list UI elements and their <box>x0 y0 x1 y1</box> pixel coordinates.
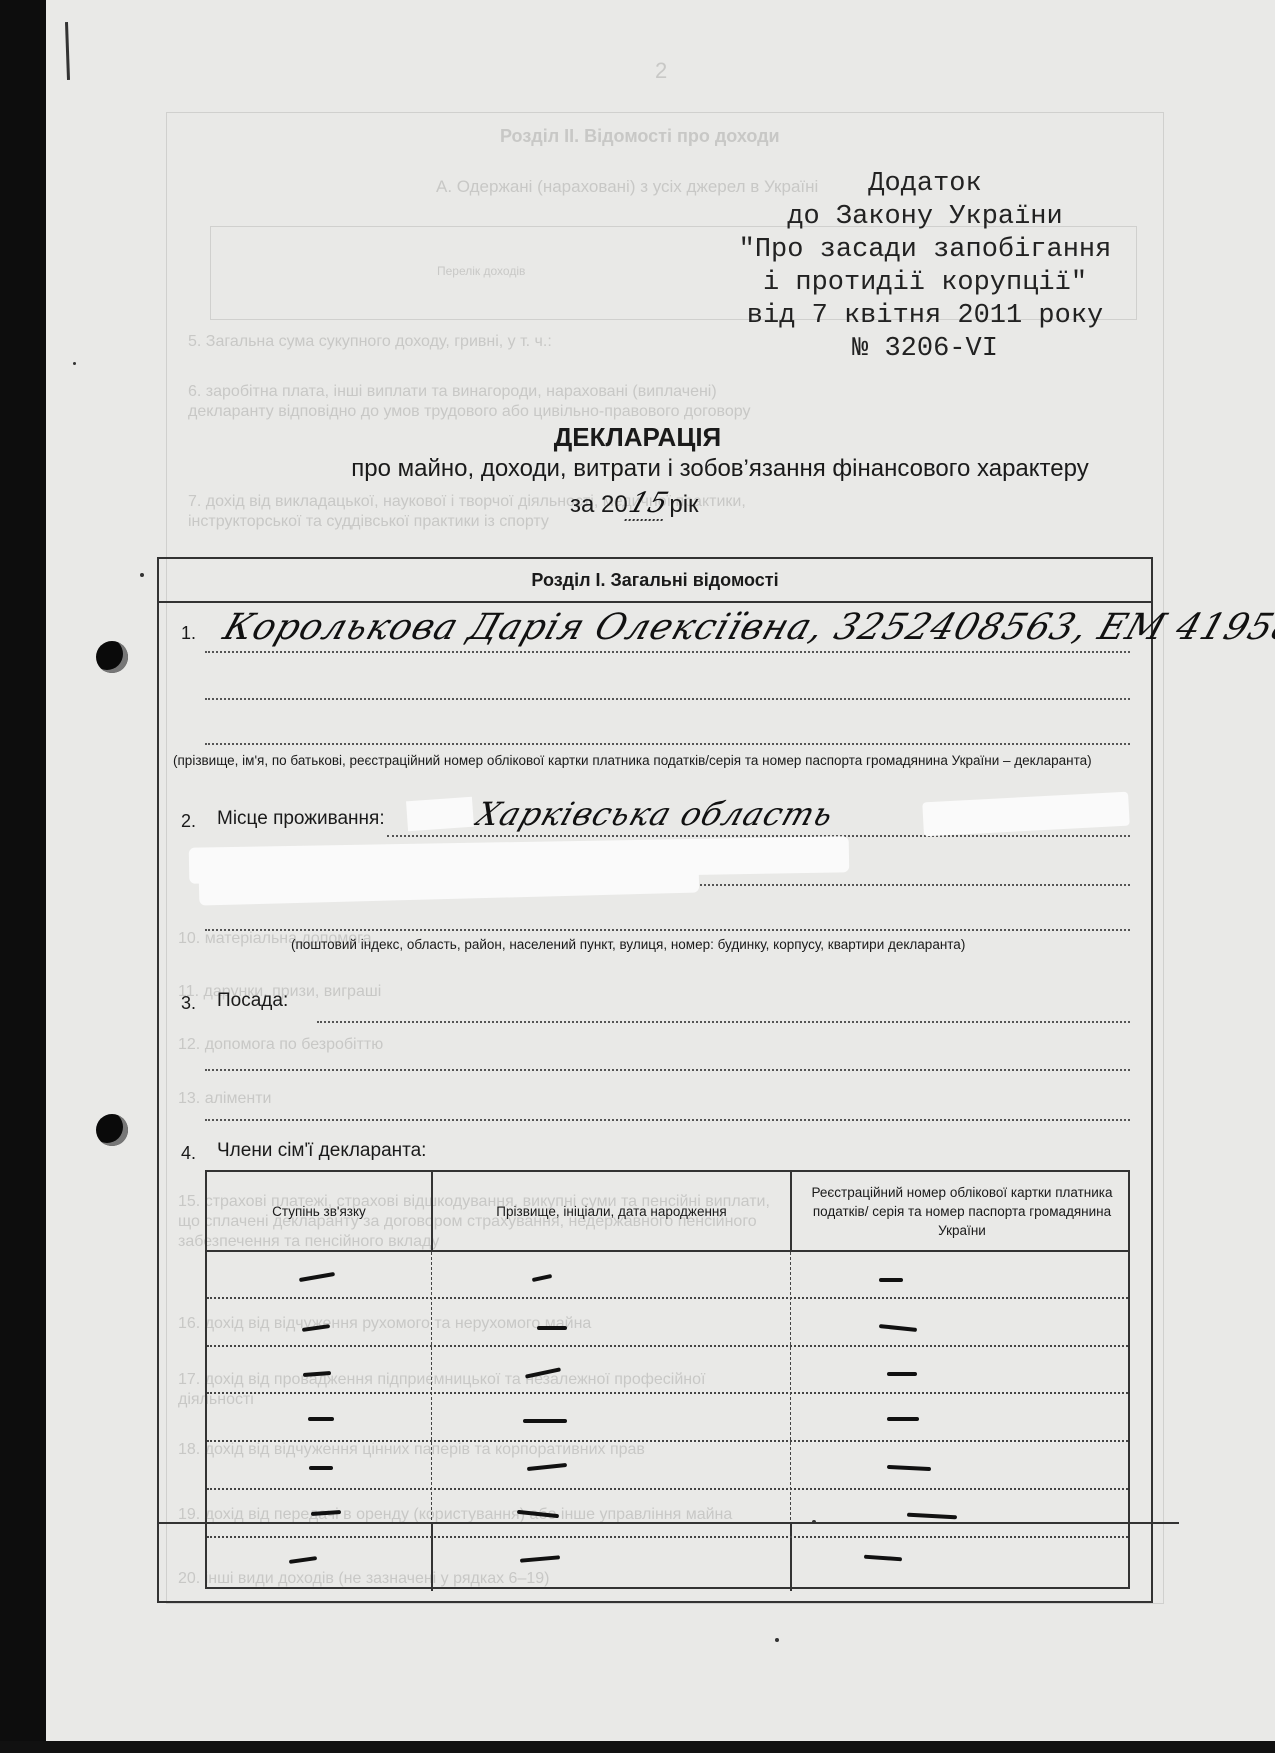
item-2-line <box>205 929 1130 931</box>
table-cell-dash <box>537 1326 567 1330</box>
section-general-info: Розділ І. Загальні відомості 1. Королько… <box>157 557 1153 1603</box>
scanner-edge-bottom <box>0 1741 1275 1753</box>
declaration-subtitle: про майно, доходи, витрати і зобов’язанн… <box>220 455 1220 483</box>
item-3-number: 3. <box>181 993 196 1014</box>
table-cell-dash <box>289 1556 317 1564</box>
table-header-rule <box>207 1250 1128 1252</box>
item-4-number: 4. <box>181 1143 196 1164</box>
table-cell-dash <box>527 1463 567 1471</box>
item-1-line <box>205 651 1130 653</box>
table-cell-dash <box>303 1371 331 1377</box>
appendix-line: "Про засади запобігання <box>700 234 1150 267</box>
column-header-name-dob: Прізвище, ініціали, дата народження <box>433 1172 790 1250</box>
table-row-rule <box>207 1440 1128 1442</box>
punch-hole-top <box>96 641 128 673</box>
table-cell-dash <box>299 1272 335 1282</box>
item-1-caption: (прізвище, ім'я, по батькові, реєстрацій… <box>173 753 1092 768</box>
table-cell-dash <box>525 1367 561 1378</box>
year-prefix: за 20 <box>570 491 628 518</box>
punch-hole-bottom <box>96 1114 128 1146</box>
column-header-tax-id-passport: Реєстраційний номер облікової картки пла… <box>807 1172 1117 1250</box>
table-cell-dash <box>887 1417 919 1421</box>
table-cell-dash <box>302 1324 330 1332</box>
speck <box>140 573 144 577</box>
appendix-line: від 7 квітня 2011 року <box>700 300 1150 333</box>
table-row-rule <box>207 1488 1128 1490</box>
ghost-section-title: Розділ ІІ. Відомості про доходи <box>500 126 780 147</box>
ghost-page-number: 2 <box>655 58 667 84</box>
item-2-caption: (поштовий індекс, область, район, населе… <box>291 937 965 952</box>
table-row-rule <box>207 1392 1128 1394</box>
table-cell-dash <box>309 1466 333 1470</box>
declaration-year: за 2015рік <box>570 486 699 521</box>
table-cell-dash <box>879 1278 903 1282</box>
column-header-relation: Ступінь зв'язку <box>207 1172 431 1250</box>
ghost-col-header: Перелік доходів <box>437 264 525 278</box>
table-cell-dash <box>523 1419 567 1423</box>
redaction-mark <box>922 792 1129 837</box>
section-header: Розділ І. Загальні відомості <box>159 559 1151 603</box>
redaction-mark <box>406 797 474 832</box>
item-2-label: Місце проживання: <box>217 808 385 830</box>
table-cell-dash <box>879 1324 917 1332</box>
table-col-divider <box>790 1172 792 1252</box>
item-3-line <box>205 1069 1130 1071</box>
ghost-row: 5. Загальна сума сукупного доходу, гривн… <box>188 333 552 351</box>
table-cell-dash <box>517 1510 559 1518</box>
speck <box>73 362 76 365</box>
declarant-name-field[interactable]: Королькова Дарія Олексіївна, 3252408563,… <box>218 607 1275 648</box>
item-1-line <box>205 698 1130 700</box>
table-col-divider <box>790 1252 791 1520</box>
item-1-line <box>205 743 1130 745</box>
appendix-line: Додаток <box>700 168 1150 201</box>
law-appendix-note: Додаток до Закону України "Про засади за… <box>700 168 1150 366</box>
item-1-number: 1. <box>181 623 196 644</box>
table-col-divider <box>431 1524 433 1591</box>
item-3-label: Посада: <box>217 990 288 1012</box>
table-cell-dash <box>532 1274 552 1282</box>
table-col-divider <box>431 1252 432 1520</box>
year-handwritten[interactable]: 15 <box>624 486 673 521</box>
residence-field[interactable]: Харківська область <box>471 795 839 833</box>
scanner-edge <box>0 0 46 1753</box>
appendix-line: № 3206-VI <box>700 333 1150 366</box>
item-2-number: 2. <box>181 811 196 832</box>
table-row-rule <box>207 1536 1128 1538</box>
table-cell-dash <box>887 1465 931 1471</box>
table-cell-dash <box>520 1555 560 1562</box>
table-row-rule-solid <box>159 1522 1179 1524</box>
table-cell-dash <box>311 1510 341 1516</box>
table-cell-dash <box>864 1555 902 1562</box>
item-2-line <box>387 835 1130 837</box>
position-field[interactable] <box>317 1021 1130 1023</box>
table-row-rule <box>207 1345 1128 1347</box>
appendix-line: до Закону України <box>700 201 1150 234</box>
table-row-rule <box>207 1297 1128 1299</box>
item-3-line <box>205 1119 1130 1121</box>
item-4-label: Члени сім'ї декларанта: <box>217 1140 426 1162</box>
table-cell-dash <box>907 1513 957 1520</box>
appendix-line: і протидії корупції" <box>700 267 1150 300</box>
speck <box>775 1638 779 1642</box>
table-col-divider <box>790 1524 792 1591</box>
ghost-row: 6. заробітна плата, інші виплати та вина… <box>188 382 768 422</box>
declaration-title: ДЕКЛАРАЦІЯ <box>0 422 1275 453</box>
table-cell-dash <box>308 1417 334 1421</box>
family-members-table: Ступінь зв'язку Прізвище, ініціали, дата… <box>205 1170 1130 1589</box>
table-cell-dash <box>887 1372 917 1376</box>
year-suffix: рік <box>669 491 698 518</box>
